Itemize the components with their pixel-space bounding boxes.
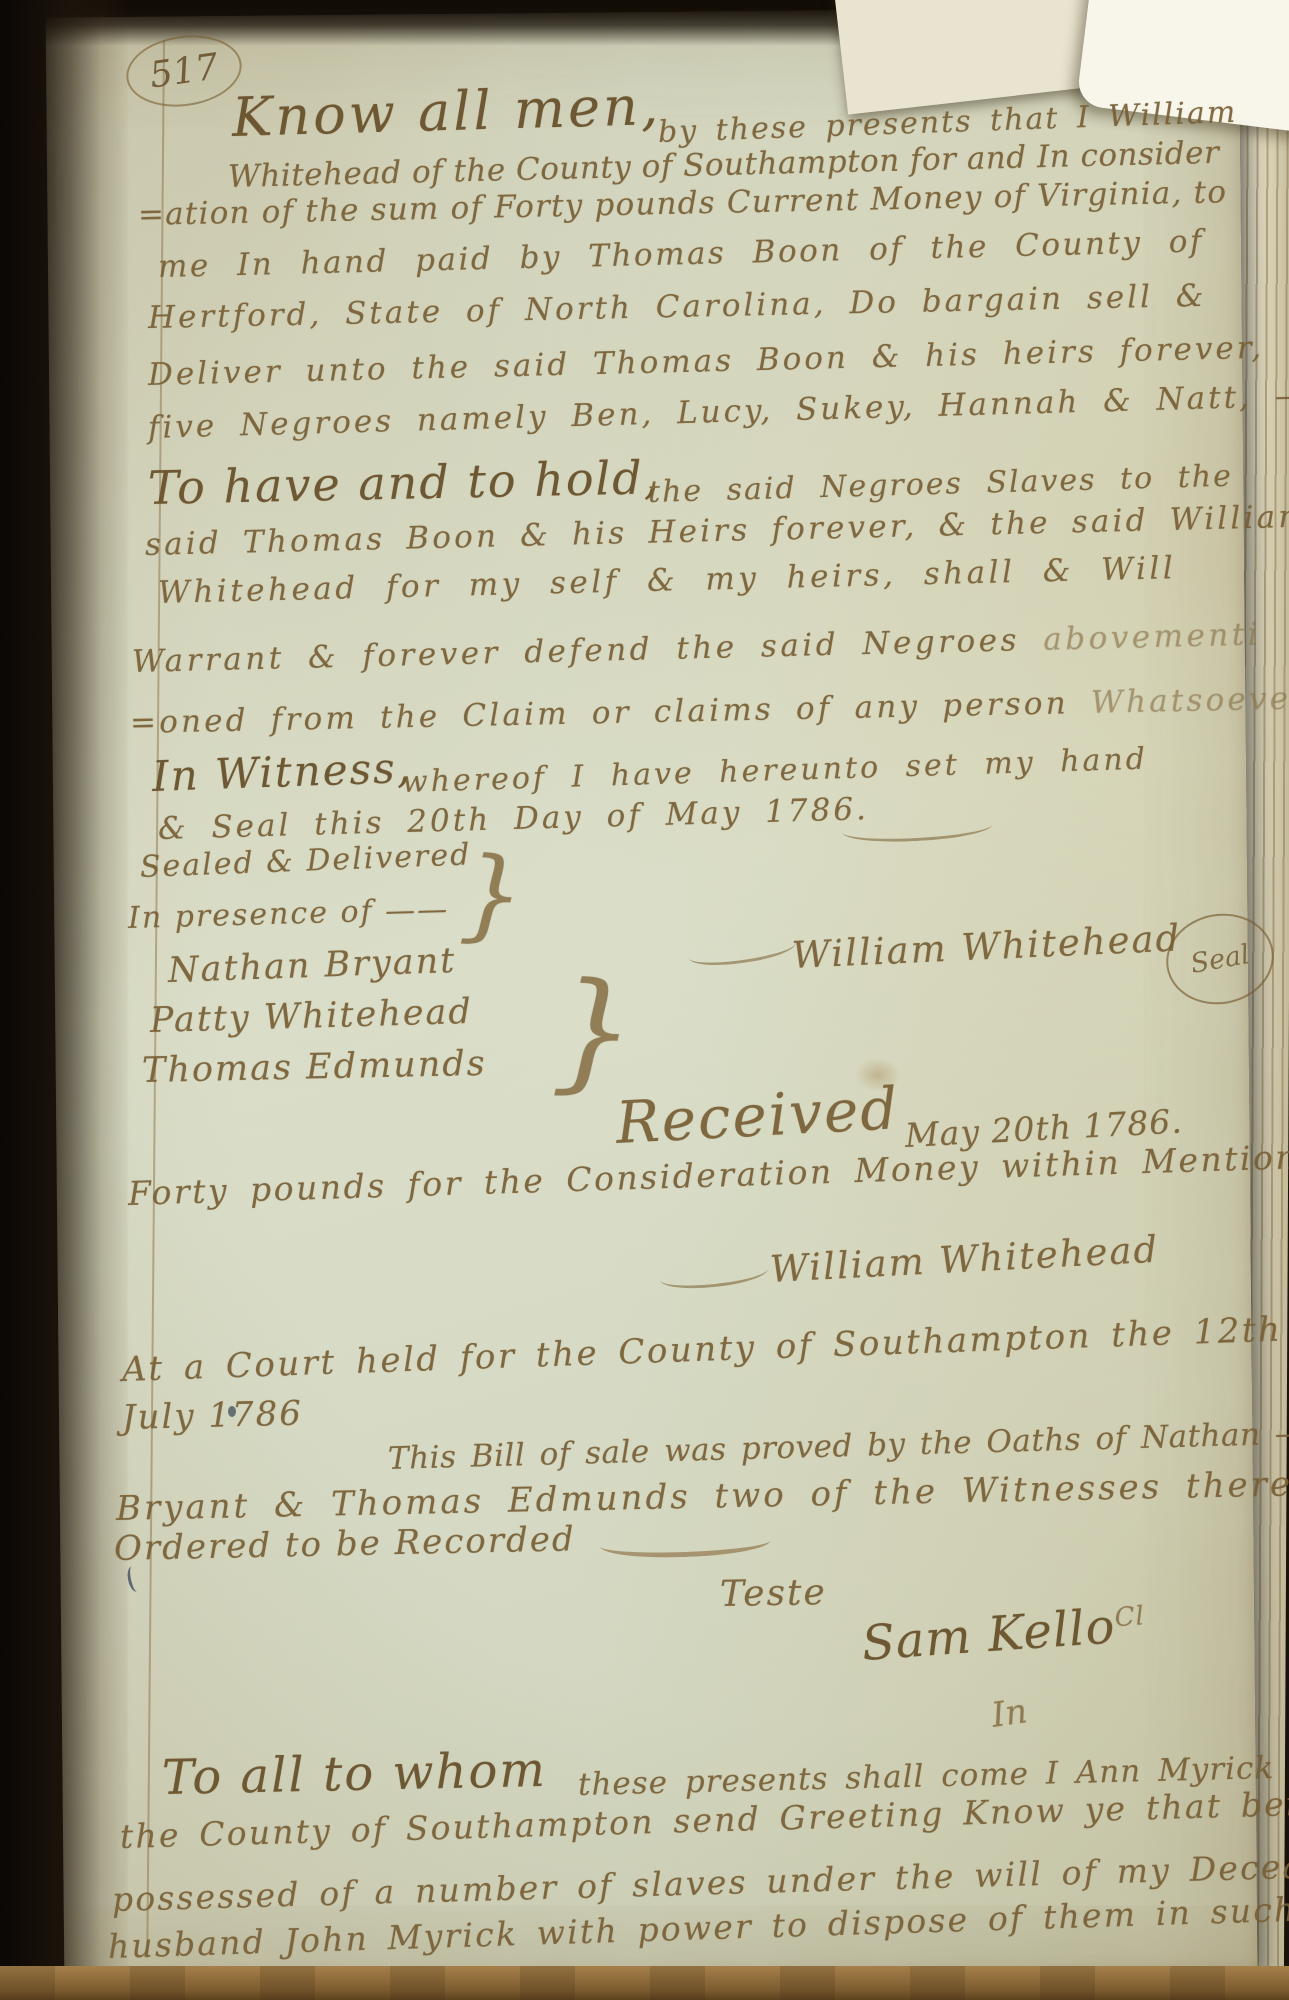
court-line-2: July 1786 (122, 1396, 304, 1438)
court-line-5: Ordered to be Recorded (114, 1521, 576, 1568)
page-number: 517 (122, 28, 247, 113)
claim-line-main: =oned from the Claim or claims of any pe… (130, 685, 1092, 741)
witness-name-3: Thomas Edmunds (142, 1045, 487, 1091)
receipt-signature: William Whitehead (769, 1230, 1160, 1291)
attestation-brace: } (457, 838, 526, 951)
habendum-phrase: To have and to hold, (147, 452, 660, 513)
clerk-paraph: In (989, 1693, 1029, 1735)
claim-line: =oned from the Claim or claims of any pe… (130, 681, 1289, 740)
received-phrase: Received (614, 1077, 901, 1156)
record-book-scan: 517 Know all men, by these presents that… (0, 0, 1289, 2000)
in-presence-line: In presence of —— (128, 893, 450, 935)
deed-opening-phrase: Know all men, (231, 76, 662, 147)
signature-swash (687, 931, 797, 971)
teste-label: Teste (720, 1573, 827, 1614)
clerk-title: Cl (1114, 1601, 1146, 1633)
deed-line-3: me In hand paid by Thomas Boon of the Co… (158, 224, 1205, 284)
clerk-signature: Sam KelloCl (860, 1598, 1147, 1670)
court-line-4: Bryant & Thomas Edmunds two of the Witne… (116, 1464, 1289, 1528)
in-witness-rest: whereof I have hereunto set my hand (401, 743, 1148, 799)
in-witness-phrase: In Witness, (151, 745, 413, 800)
court-line-1: At a Court held for the County of Southa… (121, 1306, 1289, 1389)
warrant-line: Warrant & forever defend the said Negroe… (132, 617, 1262, 679)
margin-tick-mark (125, 1565, 143, 1593)
handwriting-layer: 517 Know all men, by these presents that… (0, 0, 1289, 2000)
page-number-label: 517 (147, 46, 221, 96)
recorded-flourish-dash (600, 1527, 771, 1560)
warrant-line-faded: abovementi (1043, 616, 1262, 657)
receipt-signature-swash (659, 1256, 769, 1292)
grantor-signature: William Whitehead (791, 918, 1182, 976)
habendum-line-2: Whitehead for my self & my heirs, shall … (158, 551, 1177, 610)
witness-name-1: Nathan Bryant (167, 942, 457, 991)
warrant-line-main: Warrant & forever defend the said Negroe… (132, 622, 1044, 680)
deed-line-4: Hertford, State of North Carolina, Do ba… (148, 279, 1207, 335)
claim-line-faded: Whatsoever (1091, 680, 1289, 721)
seal-label: Seal (1188, 939, 1252, 980)
next-deed-opening-phrase: To all to whom (161, 1744, 547, 1805)
clerk-name: Sam Kello (860, 1598, 1117, 1672)
witness-name-2: Patty Whitehead (149, 993, 473, 1041)
witnesses-brace: } (550, 958, 638, 1104)
